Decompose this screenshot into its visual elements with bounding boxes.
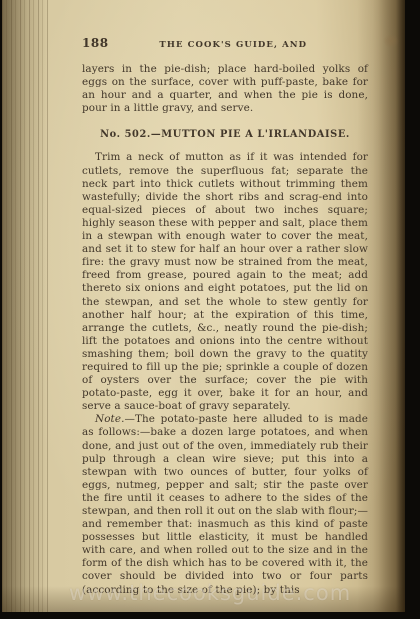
note-label: Note. (95, 413, 124, 425)
page-number: 188 (82, 36, 109, 50)
binding-shadow (2, 0, 48, 612)
note-text: —The potato-paste here alluded to is mad… (82, 413, 368, 595)
recipe-heading: No. 502.—MUTTON PIE A L'IRLANDAISE. (82, 128, 368, 141)
recipe-body-paragraph: Trim a neck of mutton as if it was inten… (82, 151, 368, 413)
running-head: 188 THE COOK'S GUIDE, AND (82, 36, 368, 50)
body-text: layers in the pie-dish; place hard-boile… (82, 63, 368, 597)
book-page: 188 THE COOK'S GUIDE, AND layers in the … (2, 0, 405, 612)
paper-stain (383, 34, 399, 48)
running-header-title: THE COOK'S GUIDE, AND (109, 40, 368, 50)
scanned-book-photo: 188 THE COOK'S GUIDE, AND layers in the … (0, 0, 420, 619)
intro-paragraph: layers in the pie-dish; place hard-boile… (82, 63, 368, 115)
page-content: 188 THE COOK'S GUIDE, AND layers in the … (82, 36, 368, 597)
note-paragraph: Note.—The potato-paste here alluded to i… (82, 413, 368, 596)
